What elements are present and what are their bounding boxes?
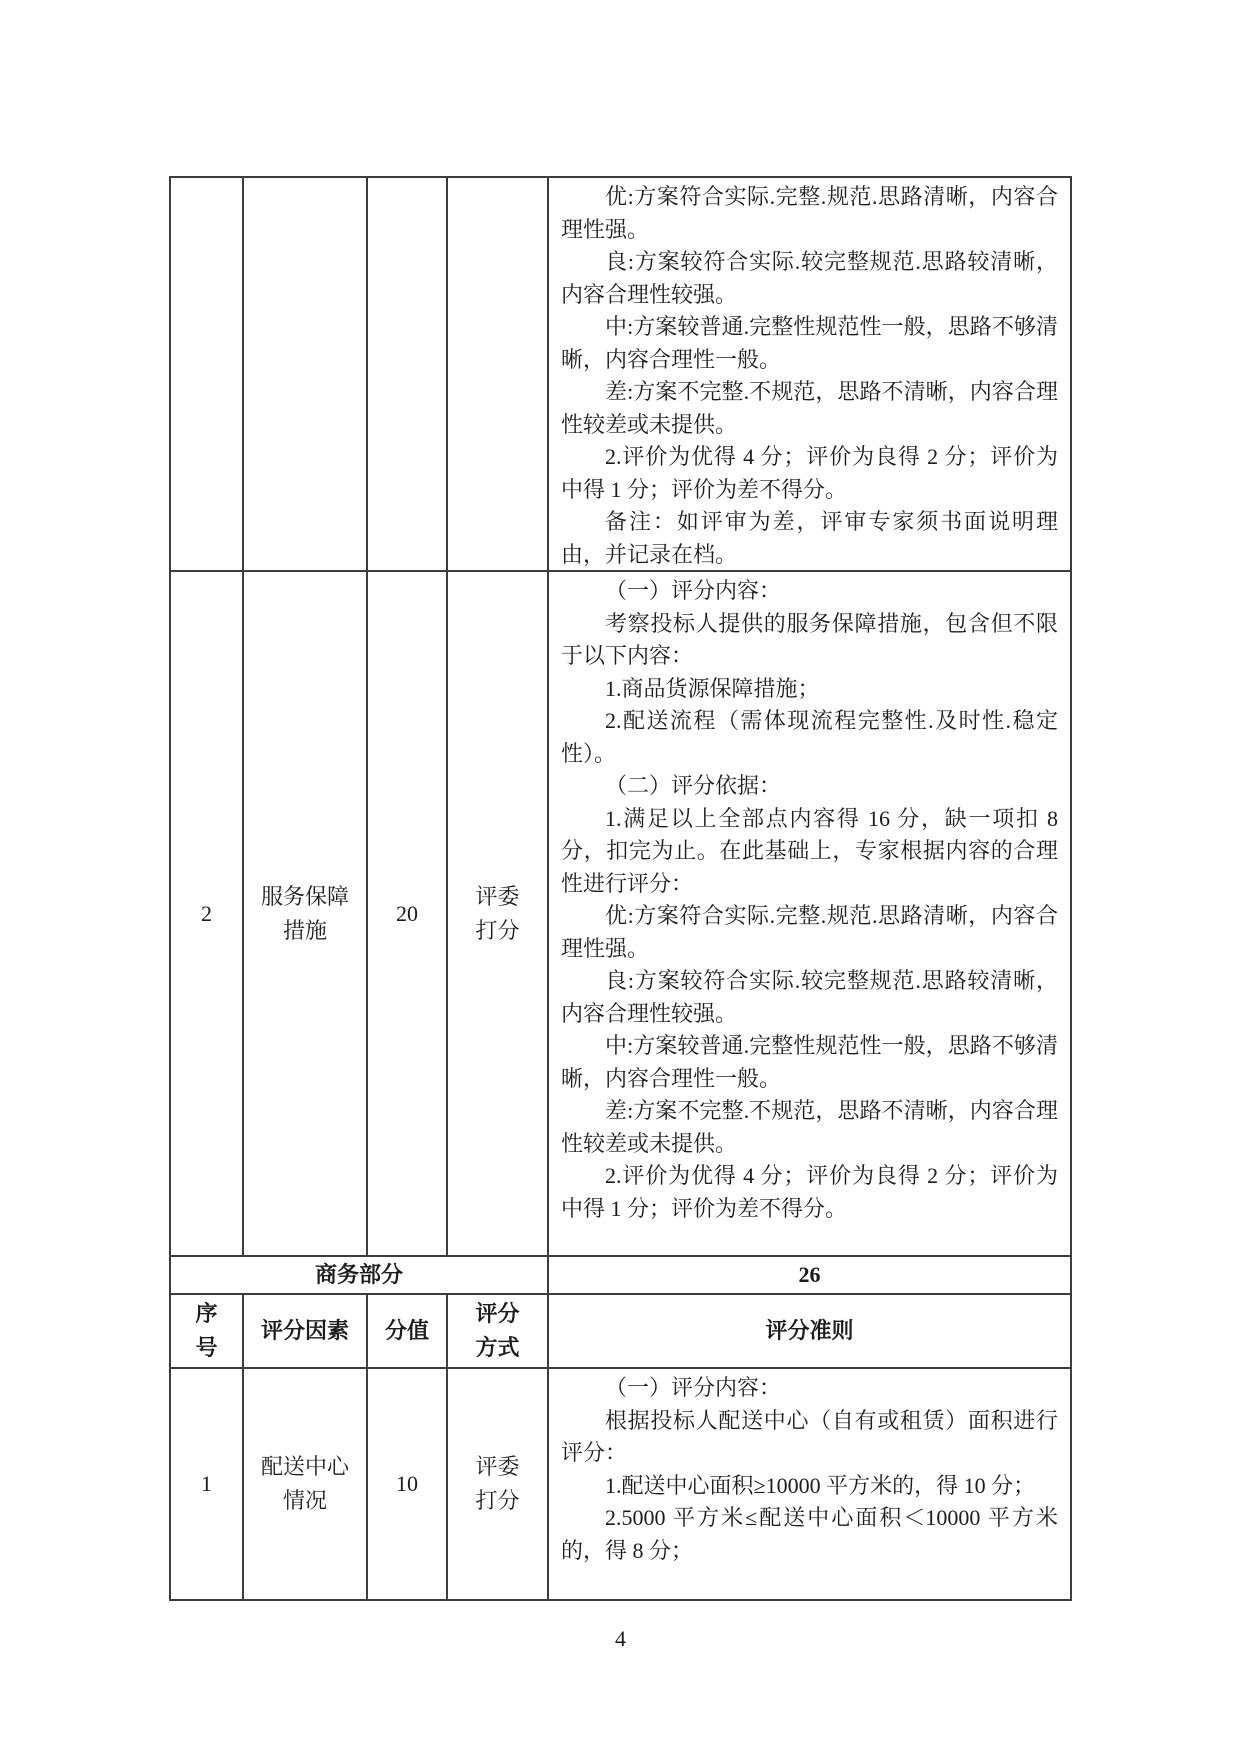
header-seq-cell: 序号 [171,1293,242,1367]
header-method-cell: 评分方式 [446,1293,547,1367]
commercial-row-score: 10 [366,1367,446,1599]
technical-row-criteria: （一）评分内容：考察投标人提供的服务保障措施，包含但不限于以下内容：1.商品货源… [547,570,1070,1255]
technical-row-seq: 2 [171,570,242,1255]
commercial-row-factor: 配送中心情况 [242,1367,366,1599]
carryover-factor-cell [242,178,366,570]
section-score-cell: 26 [547,1255,1070,1293]
method-label: 评委打分 [475,1450,521,1518]
technical-row-score: 20 [366,570,446,1255]
header-method-label: 评分方式 [475,1297,521,1365]
carryover-method-cell [446,178,547,570]
factor-label: 配送中心情况 [260,1450,350,1518]
header-criteria-cell: 评分准则 [547,1293,1070,1367]
section-label-cell: 商务部分 [171,1255,547,1293]
header-factor-cell: 评分因素 [242,1293,366,1367]
page-number: 4 [0,1626,1241,1652]
header-score-cell: 分值 [366,1293,446,1367]
carryover-score-cell [366,178,446,570]
carryover-seq-cell [171,178,242,570]
header-seq-label: 序号 [195,1297,219,1365]
carryover-criteria-cell: 优:方案符合实际.完整.规范.思路清晰，内容合理性强。良:方案较符合实际.较完整… [547,178,1070,570]
technical-row-method: 评委打分 [446,570,547,1255]
commercial-row-method: 评委打分 [446,1367,547,1599]
factor-label: 服务保障措施 [260,880,350,948]
commercial-row-seq: 1 [171,1367,242,1599]
evaluation-table: 优:方案符合实际.完整.规范.思路清晰，内容合理性强。良:方案较符合实际.较完整… [169,176,1072,1601]
technical-row-factor: 服务保障措施 [242,570,366,1255]
document-page: 优:方案符合实际.完整.规范.思路清晰，内容合理性强。良:方案较符合实际.较完整… [0,0,1241,1754]
commercial-row-criteria: （一）评分内容：根据投标人配送中心（自有或租赁）面积进行评分：1.配送中心面积≥… [547,1367,1070,1599]
method-label: 评委打分 [475,880,521,948]
